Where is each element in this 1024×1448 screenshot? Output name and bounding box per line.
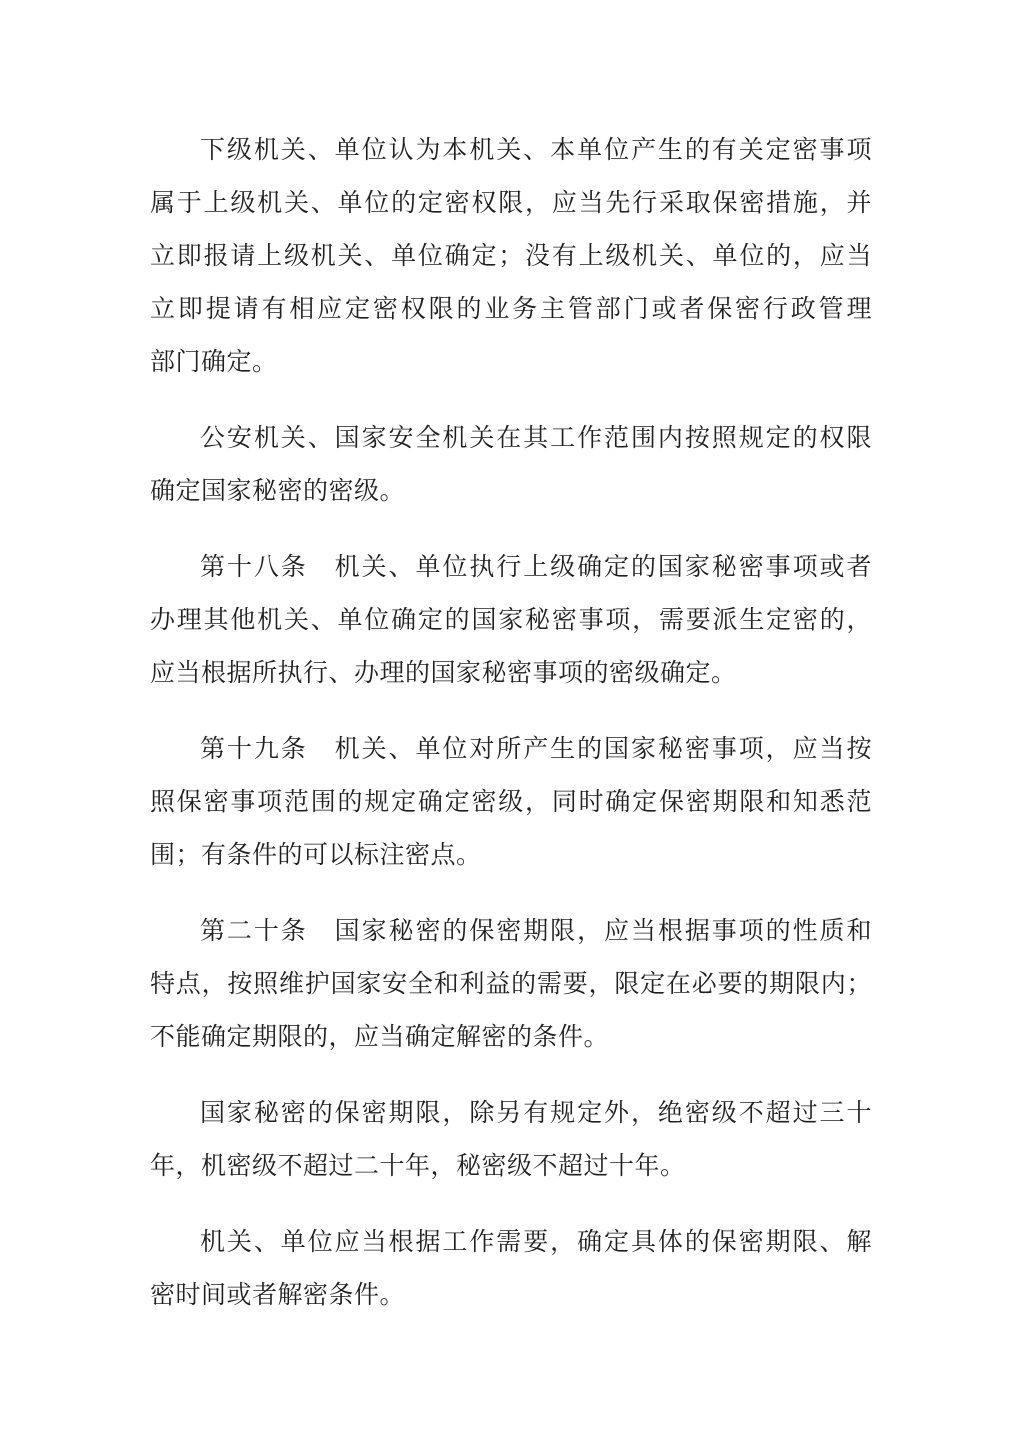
text-block: 下级机关、单位认为本机关、本单位产生的有关定密事项属于上级机关、单位的定密权限，… <box>150 124 872 1345</box>
text-line: 确定国家秘密的密级。 <box>150 465 872 518</box>
paragraph: 第二十条 国家秘密的保密期限，应当根据事项的性质和特点，按照维护国家安全和利益的… <box>150 905 872 1064</box>
paragraph: 下级机关、单位认为本机关、本单位产生的有关定密事项属于上级机关、单位的定密权限，… <box>150 124 872 389</box>
paragraph: 国家秘密的保密期限，除另有规定外，绝密级不超过三十年，机密级不超过二十年，秘密级… <box>150 1087 872 1193</box>
text-line: 立即报请上级机关、单位确定；没有上级机关、单位的，应当 <box>150 230 872 283</box>
text-line: 年，机密级不超过二十年，秘密级不超过十年。 <box>150 1140 872 1193</box>
text-line: 下级机关、单位认为本机关、本单位产生的有关定密事项 <box>150 124 872 177</box>
text-line: 第二十条 国家秘密的保密期限，应当根据事项的性质和 <box>150 905 872 958</box>
text-line: 应当根据所执行、办理的国家秘密事项的密级确定。 <box>150 647 872 700</box>
text-line: 部门确定。 <box>150 336 872 389</box>
paragraph: 第十八条 机关、单位执行上级确定的国家秘密事项或者办理其他机关、单位确定的国家秘… <box>150 541 872 700</box>
text-line: 属于上级机关、单位的定密权限，应当先行采取保密措施，并 <box>150 177 872 230</box>
text-line: 办理其他机关、单位确定的国家秘密事项，需要派生定密的， <box>150 594 872 647</box>
paragraph: 公安机关、国家安全机关在其工作范围内按照规定的权限确定国家秘密的密级。 <box>150 412 872 518</box>
text-line: 密时间或者解密条件。 <box>150 1269 872 1322</box>
text-line: 特点，按照维护国家安全和利益的需要，限定在必要的期限内； <box>150 958 872 1011</box>
text-line: 公安机关、国家安全机关在其工作范围内按照规定的权限 <box>150 412 872 465</box>
text-line: 不能确定期限的，应当确定解密的条件。 <box>150 1011 872 1064</box>
paragraph: 机关、单位应当根据工作需要，确定具体的保密期限、解密时间或者解密条件。 <box>150 1216 872 1322</box>
text-line: 第十八条 机关、单位执行上级确定的国家秘密事项或者 <box>150 541 872 594</box>
text-line: 机关、单位应当根据工作需要，确定具体的保密期限、解 <box>150 1216 872 1269</box>
text-line: 照保密事项范围的规定确定密级，同时确定保密期限和知悉范 <box>150 776 872 829</box>
text-line: 第十九条 机关、单位对所产生的国家秘密事项，应当按 <box>150 723 872 776</box>
paragraph: 第十九条 机关、单位对所产生的国家秘密事项，应当按照保密事项范围的规定确定密级，… <box>150 723 872 882</box>
text-line: 围；有条件的可以标注密点。 <box>150 829 872 882</box>
text-line: 国家秘密的保密期限，除另有规定外，绝密级不超过三十 <box>150 1087 872 1140</box>
document-page: 下级机关、单位认为本机关、本单位产生的有关定密事项属于上级机关、单位的定密权限，… <box>0 0 1024 1448</box>
text-line: 立即提请有相应定密权限的业务主管部门或者保密行政管理 <box>150 283 872 336</box>
